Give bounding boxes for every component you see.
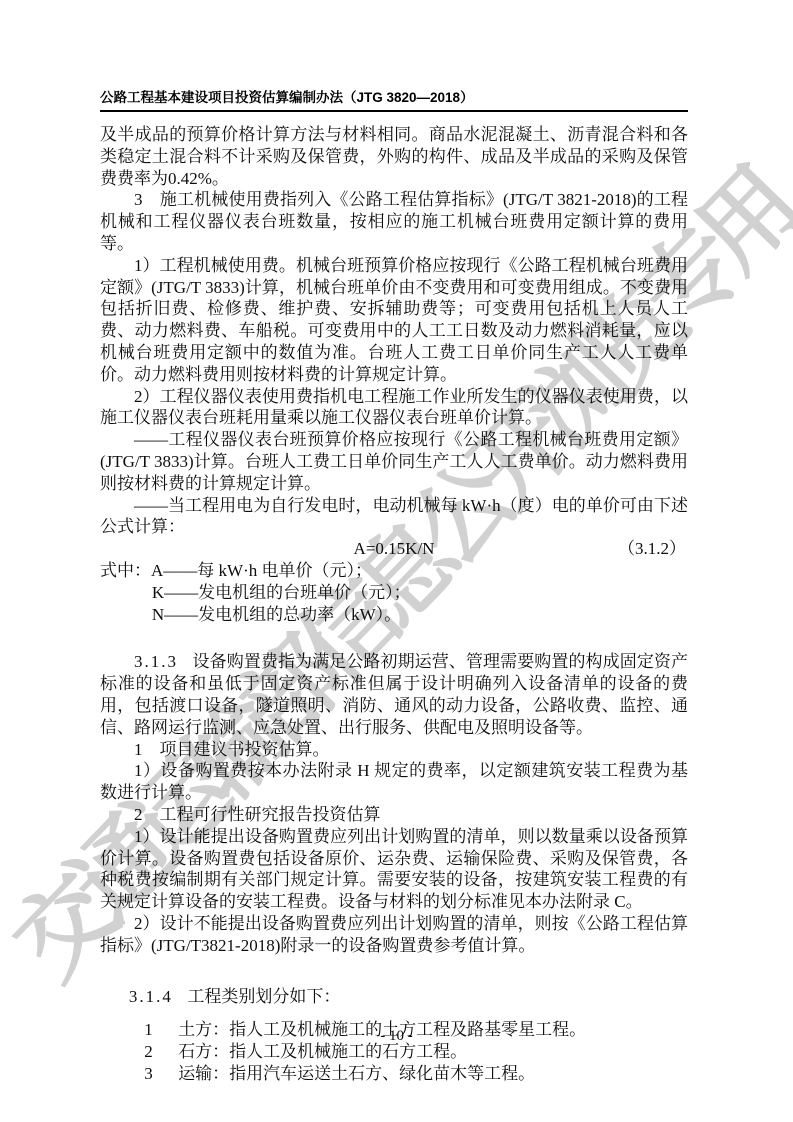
list-item-text: 运输：指用汽车运送土石方、绿化苗木等工程。: [178, 1064, 535, 1083]
clause-3-1-4: 3.1.4工程类别划分如下：: [129, 986, 688, 1008]
running-header-title: 公路工程基本建设项目投资估算编制办法（JTG 3820—2018）: [100, 90, 688, 112]
list-item-number: 3: [144, 1063, 161, 1085]
page-number: - 10 -: [0, 1028, 793, 1045]
paragraph-no-equipment-list: 2）设计不能提出设备购置费应列出计划购置的清单，则按《公路工程估算指标》(JTG…: [100, 913, 688, 957]
paragraph-continuation: 及半成品的预算价格计算方法与材料相同。商品水泥混凝土、沥青混合料和各类稳定土混合…: [100, 124, 688, 189]
paragraph-equipment-list: 1）设计能提出设备购置费应列出计划购置的清单，则以数量乘以设备预算价计算。设备购…: [100, 826, 688, 913]
clause-3-1-3-text: 设备购置费指为满足公路初期运营、管理需要购置的构成固定资产标准的设备和虽低于固定…: [100, 652, 688, 736]
formula-legend-k: K——发电机组的台班单价（元）；: [100, 582, 688, 604]
clause-3-1-4-number: 3.1.4: [129, 987, 173, 1006]
paragraph-item-3: 3 施工机械使用费指列入《公路工程估算指标》(JTG/T 3821-2018)的…: [100, 189, 688, 254]
formula-number: （3.1.2）: [618, 538, 686, 560]
list-item-transport: 3运输：指用汽车运送土石方、绿化苗木等工程。: [144, 1063, 688, 1085]
document-body: 及半成品的预算价格计算方法与材料相同。商品水泥混凝土、沥青混合料和各类稳定土混合…: [100, 124, 688, 1085]
formula-3-1-2: A=0.15K/N （3.1.2）: [100, 538, 688, 560]
document-page: 交通运输部信息公开浏览专用 公路工程基本建设项目投资估算编制办法（JTG 382…: [0, 0, 793, 1122]
clause-3-1-4-title: 工程类别划分如下：: [187, 987, 340, 1006]
clause-3-1-3: 3.1.3设备购置费指为满足公路初期运营、管理需要购置的构成固定资产标准的设备和…: [100, 651, 688, 738]
paragraph-appendix-h: 1）设备购置费按本办法附录 H 规定的费率，以定额建筑安装工程费为基数进行计算。: [100, 760, 688, 804]
paragraph-machinery-fee: 1）工程机械使用费。机械台班预算价格应按现行《公路工程机械台班费用定额》(JTG…: [100, 255, 688, 386]
paragraph-proposal-estimate: 1 项目建议书投资估算。: [100, 739, 688, 761]
page-content: 公路工程基本建设项目投资估算编制办法（JTG 3820—2018） 及半成品的预…: [100, 90, 688, 1085]
clause-3-1-3-number: 3.1.3: [134, 652, 178, 671]
formula-legend-a: 式中：A——每 kW·h 电单价（元）；: [100, 560, 688, 582]
formula-legend-n: N——发电机组的总功率（kW）。: [100, 604, 688, 626]
paragraph-instrument-fee: 2）工程仪器仪表使用费指机电工程施工作业所发生的仪器仪表使用费，以施工仪器仪表台…: [100, 386, 688, 430]
paragraph-feasibility-estimate: 2 工程可行性研究报告投资估算: [100, 804, 688, 826]
paragraph-instrument-budget-price: ——工程仪器仪表台班预算价格应按现行《公路工程机械台班费用定额》(JTG/T 3…: [100, 429, 688, 494]
paragraph-self-generation: ——当工程用电为自行发电时，电动机械每 kW·h（度）电的单价可由下述公式计算：: [100, 495, 688, 539]
formula-expression: A=0.15K/N: [354, 538, 435, 560]
